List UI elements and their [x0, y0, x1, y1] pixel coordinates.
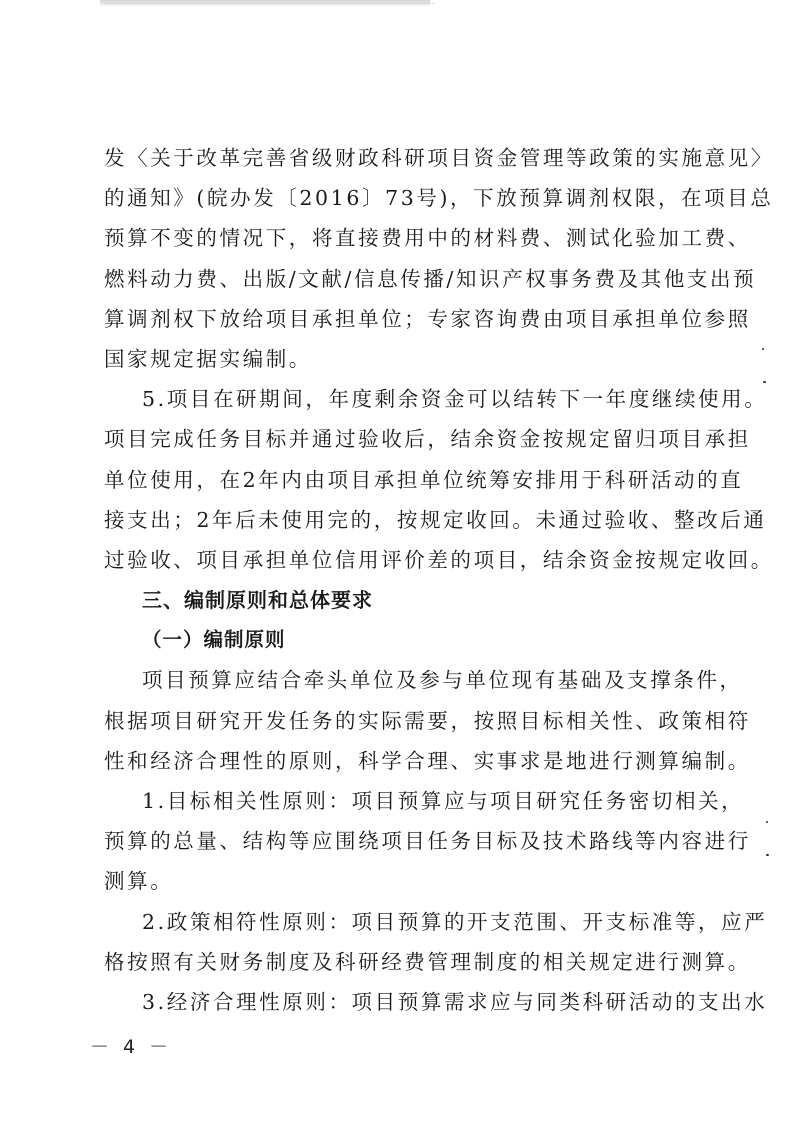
- scan-speck: [762, 348, 764, 350]
- body-text-line: 过验收、项目承担单位信用评价差的项目，结余资金按规定收回。: [104, 540, 716, 580]
- body-text-line: 格按照有关财务制度及科研经费管理制度的相关规定进行测算。: [104, 942, 716, 982]
- scan-speck: [766, 821, 768, 823]
- body-text-line: 根据项目研究开发任务的实际需要，按照目标相关性、政策相符: [104, 701, 716, 741]
- subsection-heading: （一）编制原则: [104, 620, 716, 660]
- document-page: 发〈关于改革完善省级财政科研项目资金管理等政策的实施意见〉 的通知》(皖办发〔2…: [104, 138, 716, 1022]
- paragraph-item-5: 5.项目在研期间，年度剩余资金可以结转下一年度继续使用。: [104, 379, 716, 419]
- scan-edge-dots: [105, 3, 435, 7]
- body-text-line: 项目预算应结合牵头单位及参与单位现有基础及支撑条件，: [104, 660, 716, 700]
- principle-item-1: 1.目标相关性原则：项目预算应与项目研究任务密切相关，: [104, 781, 716, 821]
- scan-speck: [763, 381, 766, 383]
- body-text-line: 性和经济合理性的原则，科学合理、实事求是地进行测算编制。: [104, 741, 716, 781]
- body-text-line: 国家规定据实编制。: [104, 339, 716, 379]
- principle-item-3: 3.经济合理性原则：项目预算需求应与同类科研活动的支出水: [104, 982, 716, 1022]
- body-text-line: 的通知》(皖办发〔2016〕73号)，下放预算调剂权限，在项目总: [104, 178, 716, 218]
- section-heading: 三、编制原则和总体要求: [104, 580, 716, 620]
- body-text-line: 算调剂权下放给项目承担单位；专家咨询费由项目承担单位参照: [104, 299, 716, 339]
- body-text-line: 单位使用，在2年内由项目承担单位统筹安排用于科研活动的直: [104, 460, 716, 500]
- body-text-line: 预算的总量、结构等应围绕项目任务目标及技术路线等内容进行: [104, 821, 716, 861]
- body-text-line: 预算不变的情况下，将直接费用中的材料费、测试化验加工费、: [104, 218, 716, 258]
- scan-speck: [766, 854, 769, 856]
- body-text-line: 燃料动力费、出版/文献/信息传播/知识产权事务费及其他支出预: [104, 259, 716, 299]
- body-text-line: 测算。: [104, 861, 716, 901]
- principle-item-2: 2.政策相符性原则：项目预算的开支范围、开支标准等，应严: [104, 902, 716, 942]
- page-number: － 4 －: [90, 1032, 172, 1059]
- body-text-line: 项目完成任务目标并通过验收后，结余资金按规定留归项目承担: [104, 419, 716, 459]
- body-text-line: 发〈关于改革完善省级财政科研项目资金管理等政策的实施意见〉: [104, 138, 716, 178]
- body-text-line: 接支出；2年后未使用完的，按规定收回。未通过验收、整改后通: [104, 500, 716, 540]
